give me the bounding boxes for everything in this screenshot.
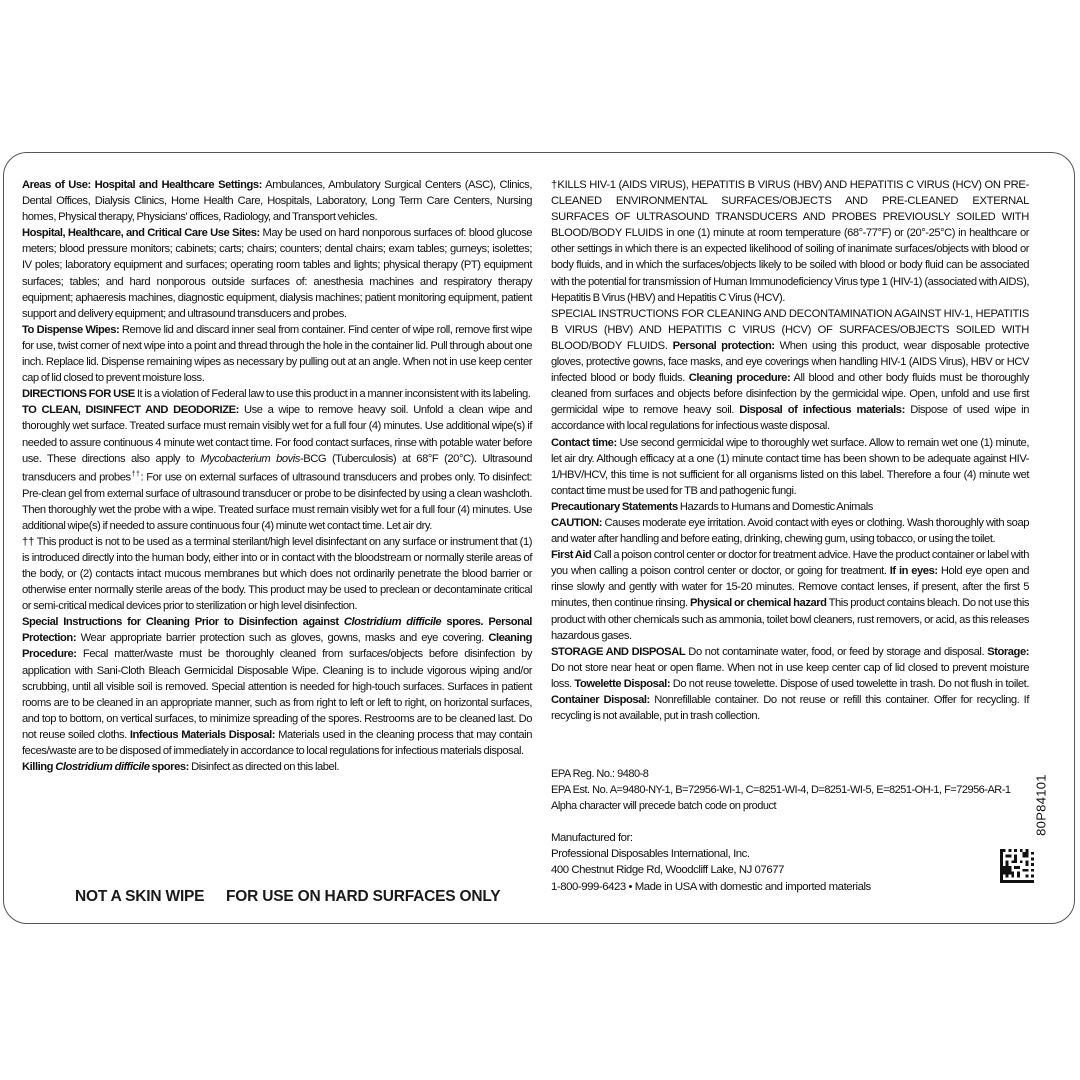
not-skin-wipe-notice: NOT A SKIN WIPE <box>75 888 204 906</box>
hard-surfaces-notice: FOR USE ON HARD SURFACES ONLY <box>226 888 500 906</box>
first-aid: First Aid Call a poison control center o… <box>551 547 1029 644</box>
killing-cdiff: Killing Clostridium difficile spores: Di… <box>22 759 532 775</box>
use-sites-heading: Hospital, Healthcare, and Critical Care … <box>22 227 260 239</box>
precautionary-statements: Precautionary Statements Hazards to Huma… <box>551 499 1029 515</box>
right-column: †KILLS HIV-1 (AIDS VIRUS), HEPATITIS B V… <box>551 177 1029 724</box>
label-code: 80P84101 <box>1030 765 1052 845</box>
areas-of-use-heading: Areas of Use: Hospital and Healthcare Se… <box>22 179 262 191</box>
manufacturer-contact: 1-800-999-6423 • Made in USA with domest… <box>551 879 951 895</box>
left-column: Areas of Use: Hospital and Healthcare Se… <box>22 177 532 775</box>
special-instructions-hiv: SPECIAL INSTRUCTIONS FOR CLEANING AND DE… <box>551 306 1029 435</box>
epa-info: EPA Reg. No.: 9480-8 EPA Est. No. A=9480… <box>551 766 1041 814</box>
data-matrix-code-icon <box>1000 849 1034 883</box>
manufacturer-info: Manufactured for: Professional Disposabl… <box>551 830 951 895</box>
cdiff-instructions: Special Instructions for Cleaning Prior … <box>22 614 532 759</box>
clean-disinfect: TO CLEAN, DISINFECT AND DEODORIZE: Use a… <box>22 402 532 533</box>
killing-heading: Killing Clostridium difficile spores: <box>22 761 189 773</box>
directions-heading: DIRECTIONS FOR USE <box>22 388 135 400</box>
caution: CAUTION: Causes moderate eye irritation.… <box>551 515 1029 547</box>
kills-statement: †KILLS HIV-1 (AIDS VIRUS), HEPATITIS B V… <box>551 177 1029 306</box>
footnote: †† This product is not to be used as a t… <box>22 534 532 614</box>
epa-est-no: EPA Est. No. A=9480-NY-1, B=72956-WI-1, … <box>551 782 1041 798</box>
directions-for-use: DIRECTIONS FOR USE It is a violation of … <box>22 386 532 402</box>
contact-time: Contact time: Use second germicidal wipe… <box>551 435 1029 499</box>
cdiff-heading: Special Instructions for Cleaning Prior … <box>22 616 483 628</box>
areas-of-use: Areas of Use: Hospital and Healthcare Se… <box>22 177 532 225</box>
epa-reg-no: EPA Reg. No.: 9480-8 <box>551 766 1041 782</box>
use-sites: Hospital, Healthcare, and Critical Care … <box>22 225 532 322</box>
storage-disposal: STORAGE AND DISPOSAL Do not contaminate … <box>551 644 1029 724</box>
manufactured-for-label: Manufactured for: <box>551 830 951 846</box>
dispense-heading: To Dispense Wipes: <box>22 324 119 336</box>
dispense-wipes: To Dispense Wipes: Remove lid and discar… <box>22 322 532 386</box>
manufacturer-address: 400 Chestnut Ridge Rd, Woodcliff Lake, N… <box>551 862 951 878</box>
batch-note: Alpha character will precede batch code … <box>551 798 1041 814</box>
manufacturer-name: Professional Disposables International, … <box>551 846 951 862</box>
clean-heading: TO CLEAN, DISINFECT AND DEODORIZE: <box>22 404 239 416</box>
